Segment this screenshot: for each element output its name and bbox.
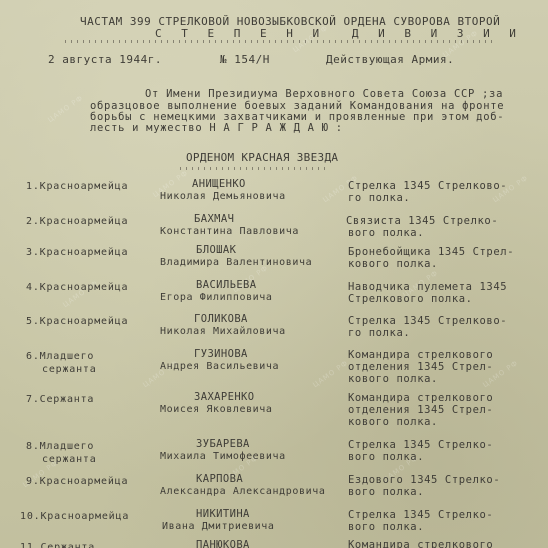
entry-given-name: Николая Михайловича [160,326,286,338]
entry-position: Командира стрелкового [348,392,493,404]
entry-rank: 9.Красноармейца [26,475,128,488]
entry-surname: ЗУБАРЕВА [196,438,250,450]
entry-position: го полка. [348,192,410,204]
entry-position: Стрелкового полка. [348,293,473,305]
entry-surname: ГОЛИКОВА [194,313,248,325]
order-location: Действующая Армия. [326,54,454,66]
entry-position: отделения 1345 Стрел- [348,404,493,416]
preamble-line: От Имени Президиума Верховного Совета Со… [145,89,503,101]
entry-position: Наводчика пулемета 1345 [348,281,507,293]
underline-marks [180,167,330,170]
entry-position: го полка. [348,327,410,339]
entry-position: Связиста 1345 Стрелко- [346,215,498,227]
entry-given-name: Михаила Тимофеевича [160,451,286,463]
entry-surname: БЛОШАК [196,244,236,256]
award-title: ОРДЕНОМ КРАСНАЯ ЗВЕЗДА [186,152,338,164]
entry-position: отделения 1345 Стрел- [348,361,493,373]
entry-position: кового полка. [348,258,438,270]
entry-position: вого полка. [348,521,424,533]
entry-position: кового полка. [348,416,438,428]
entry-position: Стрелка 1345 Стрелково- [348,180,507,192]
entry-surname: ВАСИЛЬЕВА [196,279,257,291]
document-page: ЦАМО РФ ЦАМО РФ ЦАМО РФ ЦАМО РФ ЦАМО РФ … [0,0,548,548]
entry-rank: 6.Младшего [26,350,94,363]
entry-position: вого полка. [348,451,424,463]
entry-given-name: Владимира Валентиновича [160,257,312,269]
entry-surname: БАХМАЧ [194,213,234,225]
entry-rank: 1.Красноармейца [26,180,128,193]
entry-position: кового полка. [348,373,438,385]
entry-rank: 5.Красноармейца [26,315,128,328]
order-date: 2 августа 1944г. [48,54,162,66]
entry-surname: ЗАХАРЕНКО [194,391,255,403]
entry-given-name: Ивана Дмитриевича [162,521,275,533]
entry-position: вого полка. [348,486,424,498]
watermark: ЦАМО РФ [311,359,349,389]
preamble-line: лесть и мужество Н А Г Р А Ж Д А Ю : [90,123,343,135]
entry-position: Ездового 1345 Стрелко- [348,474,500,486]
entry-rank: 2.Красноармейца [26,215,128,228]
entry-surname: АНИЩЕНКО [192,178,246,190]
entry-position: Стрелка 1345 Стрелко- [348,509,493,521]
entry-position: Командира стрелкового [348,349,493,361]
entry-position: Командира стрелкового [348,539,493,548]
entry-position: вого полка. [348,227,424,239]
entry-given-name: Андрея Васильевича [160,361,279,373]
entry-position: Стрелка 1345 Стрелково- [348,315,507,327]
header-unit-line-2: С Т Е П Е Н И Д И В И З И И [155,28,522,40]
entry-given-name: Моисея Яковлевича [160,404,273,416]
entry-given-name: Николая Демьяновича [160,191,286,203]
entry-given-name: Егора Филипповича [160,292,273,304]
entry-rank: 8.Младшего [26,440,94,453]
entry-rank: сержанта [42,363,97,376]
entry-position: Стрелка 1345 Стрелко- [348,439,493,451]
entry-rank: 11.Сержанта [20,541,95,548]
entry-given-name: Александра Александровича [160,486,326,498]
entry-surname: ГУЗИНОВА [194,348,248,360]
entry-rank: 10.Красноармейца [20,510,129,523]
entry-rank: 7.Сержанта [26,393,94,406]
entry-surname: ПАНЮКОВА [196,539,250,548]
entry-position: Бронебойщика 1345 Стрел- [348,246,514,258]
entry-surname: НИКИТИНА [196,508,250,520]
entry-rank: 4.Красноармейца [26,281,128,294]
underline-marks [65,40,495,43]
watermark: ЦАМО РФ [46,94,84,124]
entry-given-name: Константина Павловича [160,226,299,238]
entry-rank: сержанта [42,453,97,466]
entry-rank: 3.Красноармейца [26,246,128,259]
entry-surname: КАРПОВА [196,473,243,485]
order-number: № 154/Н [220,54,270,66]
